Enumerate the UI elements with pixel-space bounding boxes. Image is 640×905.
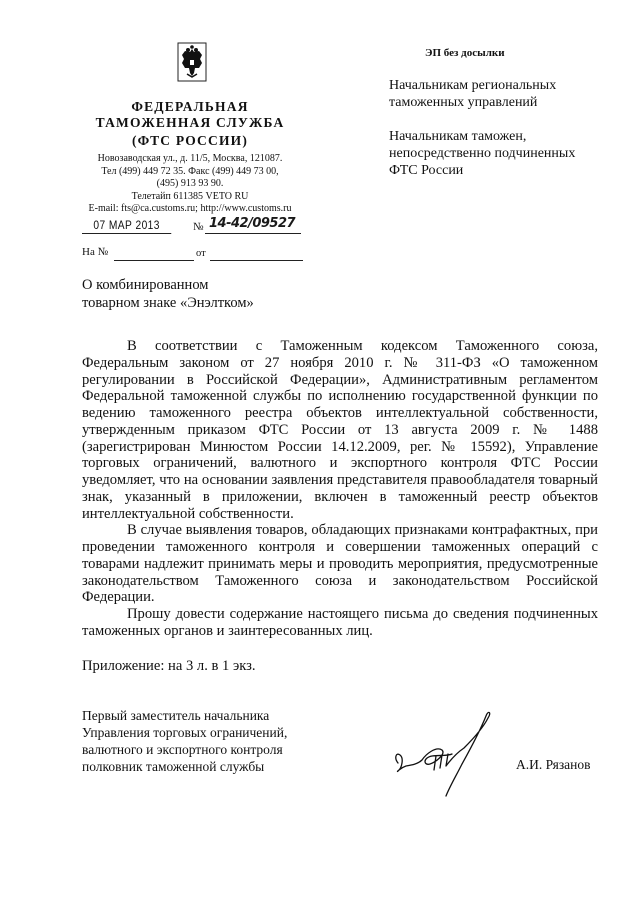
teletype-line: Телетайп 611385 VETO RU [70,191,310,204]
coat-of-arms-icon [177,42,207,82]
subject-line-2: товарном знаке «Энэлтком» [82,294,254,312]
reference-date-field [210,246,303,261]
org-name-line-3: (ФТС РОССИИ) [90,132,290,149]
registration-number: 14-42/09527 [205,216,301,234]
reference-date-label: от [196,248,206,259]
addressee-regional-administrations: Начальникам региональных таможенных упра… [389,77,556,111]
addressee-line: непосредственно подчиненных [389,145,575,162]
ep-note: ЭП без досылки [425,47,505,59]
addressee-line: Начальникам региональных [389,77,556,94]
phone-fax-line: Тел (499) 449 72 35. Факс (499) 449 73 0… [70,166,310,179]
body-paragraph-2: В случае выявления товаров, обладающих п… [82,522,598,606]
addressee-customs-heads: Начальникам таможен, непосредственно под… [389,128,575,179]
signer-position: Первый заместитель начальника Управления… [82,707,287,775]
position-line: Управления торговых ограничений, [82,724,287,741]
addressee-line: ФТС России [389,162,575,179]
letter-subject: О комбинированном товарном знаке «Энэлтк… [82,276,254,312]
body-paragraph-1: В соответствии с Таможенным кодексом Там… [82,338,598,522]
addressee-line: Начальникам таможен, [389,128,575,145]
attachment-note: Приложение: на 3 л. в 1 экз. [82,658,256,675]
subject-line-1: О комбинированном [82,276,254,294]
address-line: Новозаводская ул., д. 11/5, Москва, 1210… [70,153,310,166]
position-line: Первый заместитель начальника [82,707,287,724]
phone-line: (495) 913 93 90. [70,178,310,191]
org-name-line-2: ТАМОЖЕННАЯ СЛУЖБА [90,114,290,131]
body-paragraph-3: Прошу довести содержание настоящего пись… [82,606,598,640]
handwritten-signature-icon [392,708,502,798]
letter-page: ФЕДЕРАЛЬНАЯ ТАМОЖЕННАЯ СЛУЖБА (ФТС РОССИ… [0,0,640,905]
number-label: № [193,221,204,233]
email-web-line: E-mail: fts@ca.customs.ru; http://www.cu… [70,203,310,216]
signer-name: А.И. Рязанов [516,757,591,773]
org-name-line-1: ФЕДЕРАЛЬНАЯ [90,98,290,115]
position-line: валютного и экспортного контроля [82,741,287,758]
registration-date: 07 МАР 2013 [82,218,171,234]
reference-number-field [114,246,194,261]
sender-contacts: Новозаводская ул., д. 11/5, Москва, 1210… [70,153,310,216]
date-value: 07 МАР 2013 [93,218,159,232]
addressee-line: таможенных управлений [389,94,556,111]
letter-body: В соответствии с Таможенным кодексом Там… [82,338,598,640]
position-line: полковник таможенной службы [82,758,287,775]
reference-number-label: На № [82,246,108,258]
